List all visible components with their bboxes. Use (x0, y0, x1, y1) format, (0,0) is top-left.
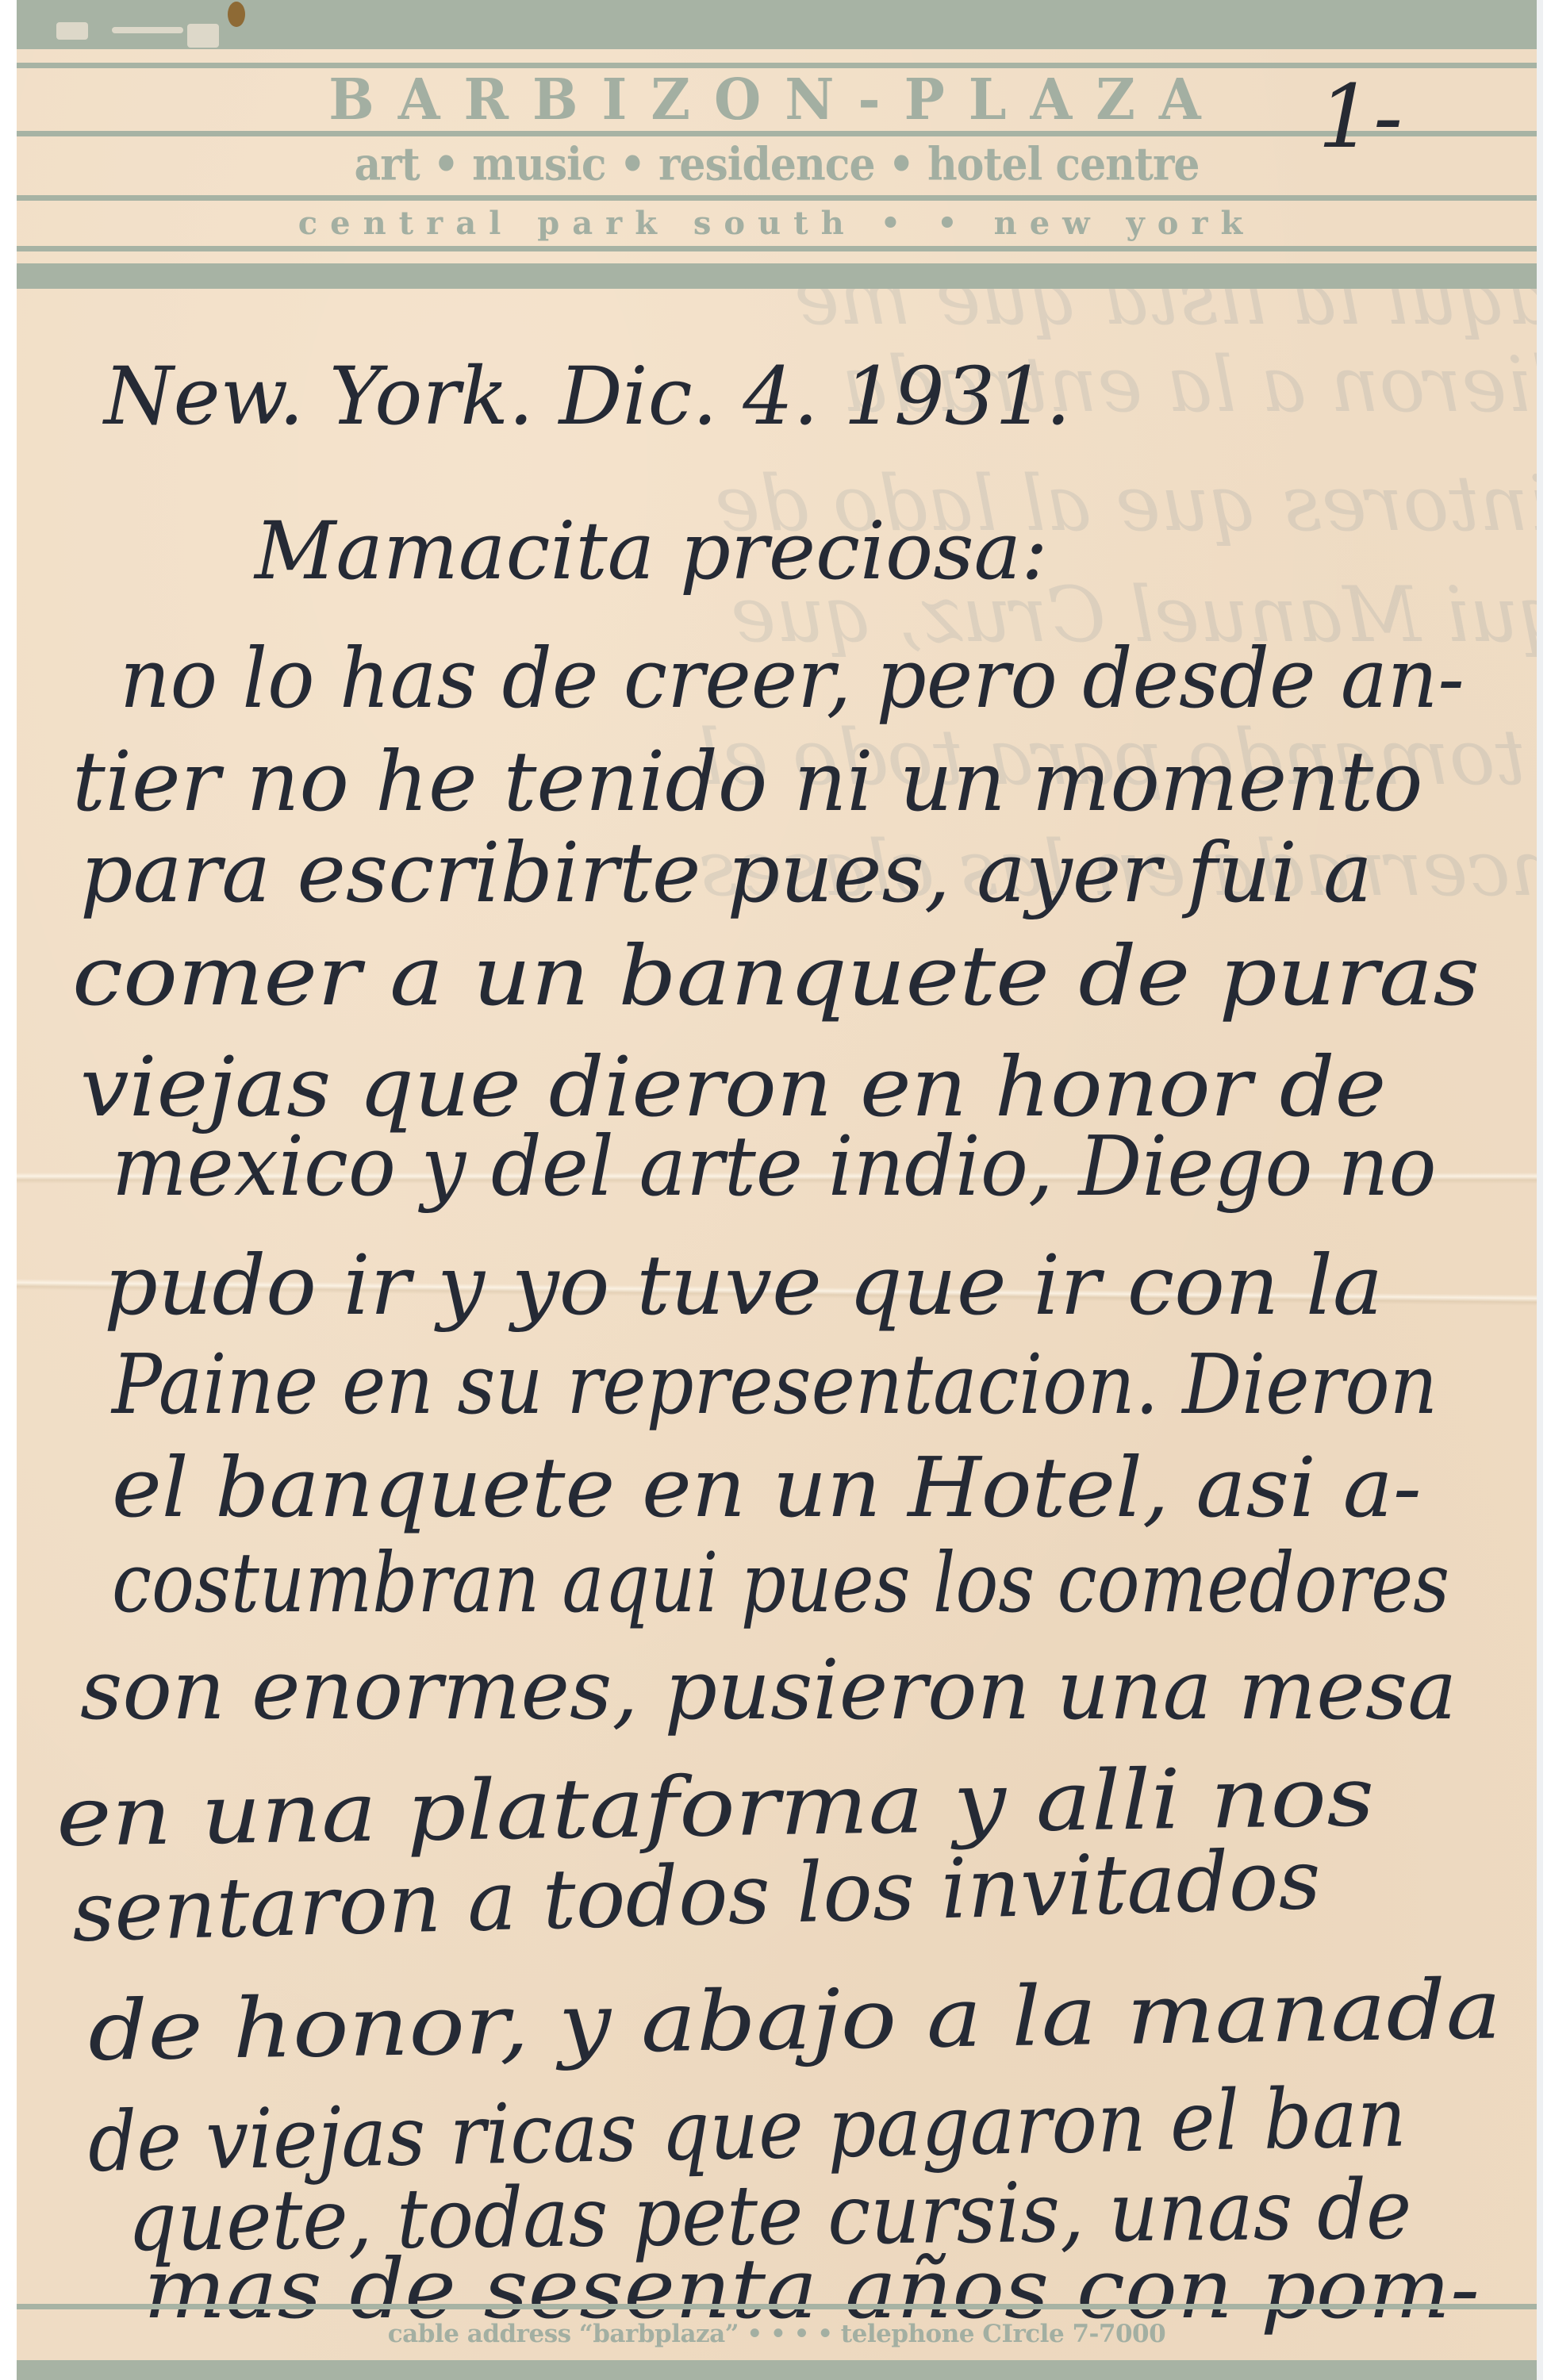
letter-line: no lo has de creer, pero desde an- (120, 631, 1465, 726)
header-thick-band (17, 263, 1537, 289)
letterhead-brand: BARBIZON-PLAZA (17, 70, 1537, 130)
footer-bottom-band (17, 2360, 1537, 2380)
header-top-band (17, 0, 1537, 49)
letterhead-tagline: art • music • residence • hotel centre (17, 137, 1537, 193)
rust-stain (228, 2, 245, 27)
letter-line: para escribirte pues, ayer fui a (80, 825, 1372, 920)
footer-rule (17, 2304, 1537, 2309)
letter-line: de honor, y abajo a la manada (87, 1961, 1503, 2078)
page-number: 1- (1318, 73, 1403, 160)
letter-line: comer a un banquete de puras (72, 928, 1480, 1023)
date-line: New. York. Dic. 4. 1931. (104, 349, 1071, 444)
paper-damage (56, 22, 88, 40)
letter-line: el banquete en un Hotel, asi a- (112, 1440, 1422, 1535)
letterhead-address: central park south • • new york (17, 203, 1537, 244)
letter-line: costumbran aqui pues los comedores (112, 1535, 1449, 1630)
header-rule-4 (17, 246, 1537, 251)
paper-damage (112, 27, 183, 33)
letter-line: Paine en su representacion. Dieron (112, 1337, 1438, 1432)
letter-line: son enormes, pusieron una mesa (80, 1642, 1457, 1737)
letter-paper: manda aqui la lista que me dieron a la e… (17, 0, 1537, 2380)
letter-line: pudo ir y yo tuve que ir con la (104, 1238, 1383, 1333)
letter-line: mexico y del arte indio, Diego no (112, 1119, 1437, 1214)
scan-edge (1537, 0, 1543, 2380)
letter-line: tier no he tenido ni un momento (72, 734, 1423, 829)
salutation: Mamacita preciosa: (255, 504, 1048, 599)
header-rule-2 (17, 131, 1537, 136)
letterhead-footer: cable address “barbplaza” • • • • teleph… (17, 2318, 1537, 2350)
paper-damage (187, 24, 219, 48)
header-rule-3 (17, 195, 1537, 201)
